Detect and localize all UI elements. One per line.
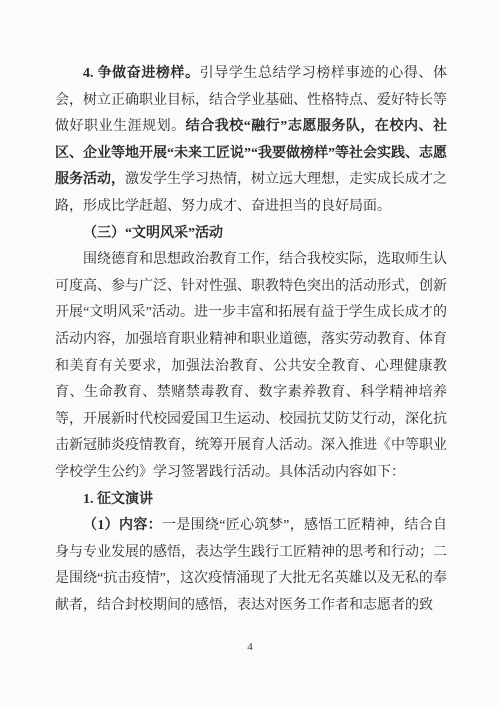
document-page: 4. 争做奋进榜样。引导学生总结学习榜样事迹的心得、体会，树立正确职业目标，结合…	[0, 0, 500, 707]
document-body: 4. 争做奋进榜样。引导学生总结学习榜样事迹的心得、体会，树立正确职业目标，结合…	[55, 61, 447, 619]
run-strive-role-model-title: 4. 争做奋进榜样。	[83, 66, 200, 81]
heading-civilized-style-label: （三）“文明风采”活动	[83, 226, 223, 241]
heading-essay-speech-label: 1. 征文演讲	[83, 492, 153, 507]
page-number: 4	[0, 641, 500, 653]
paragraph-civilized-style-overview: 围绕德育和思想政治教育工作，结合我校实际，选取师生认可度高、参与广泛、针对性强、…	[55, 247, 447, 486]
run-civilized-style-overview: 围绕德育和思想政治教育工作，结合我校实际，选取师生认可度高、参与广泛、针对性强、…	[55, 252, 447, 480]
run-essay-content-label: （1）内容：	[83, 518, 162, 533]
paragraph-essay-content: （1）内容：一是围绕“匠心筑梦”，感悟工匠精神，结合自身与专业发展的感悟，表达学…	[55, 513, 447, 619]
heading-civilized-style-activity: （三）“文明风采”活动	[55, 221, 447, 248]
heading-essay-speech: 1. 征文演讲	[55, 487, 447, 514]
paragraph-strive-role-model: 4. 争做奋进榜样。引导学生总结学习榜样事迹的心得、体会，树立正确职业目标，结合…	[55, 61, 447, 221]
